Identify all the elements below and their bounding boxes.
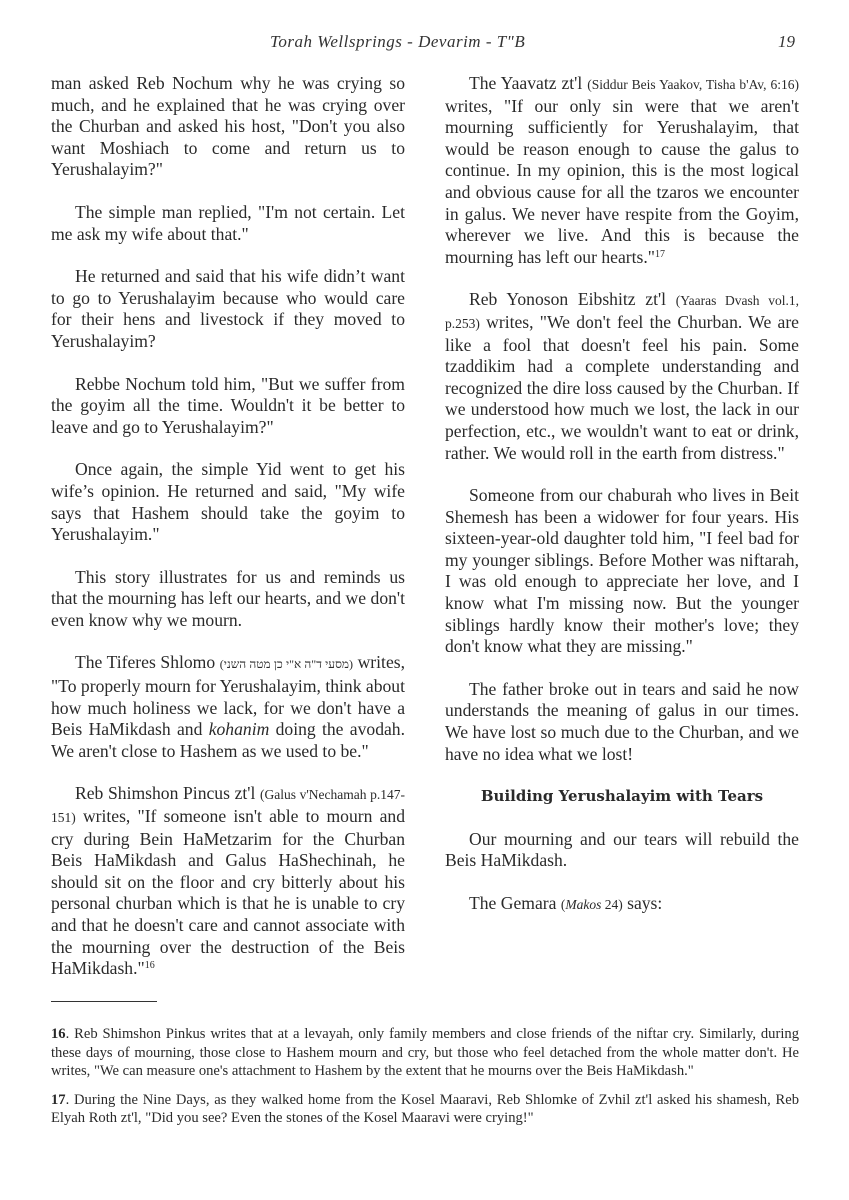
running-header-title: Torah Wellsprings - Devarim - T"B [270, 32, 525, 52]
paragraph-lead: The Yaavatz zt'l [469, 73, 587, 93]
paragraph-body: says: [623, 893, 663, 913]
paragraph: The father broke out in tears and said h… [445, 679, 799, 765]
paragraph: man asked Reb Nochum why he was crying s… [51, 73, 405, 181]
paragraph-body: writes, "If our only sin were that we ar… [445, 96, 799, 267]
paragraph-lead: Reb Shimshon Pincus zt'l [75, 783, 260, 803]
page-number: 19 [778, 32, 795, 52]
paragraph-lead: Reb Yonoson Eibshitz zt'l [469, 289, 676, 309]
footnote-17: 17. During the Nine Days, as they walked… [51, 1091, 799, 1128]
paragraph: The simple man replied, "I'm not certain… [51, 202, 405, 245]
paragraph-body: writes, "If someone isn't able to mourn … [51, 806, 405, 978]
section-heading: Building Yerushalayim with Tears [445, 786, 799, 808]
source-citation-tractate: Makos [565, 897, 601, 912]
paragraph-yonoson-eibshitz: Reb Yonoson Eibshitz zt'l (Yaaras Dvash … [445, 289, 799, 464]
footnote-number: 17 [51, 1092, 66, 1108]
footnote-number: 16 [51, 1026, 66, 1042]
paragraph: Our mourning and our tears will rebuild … [445, 829, 799, 872]
footnote-text: . Reb Shimshon Pinkus writes that at a l… [51, 1026, 799, 1079]
footnotes: 16. Reb Shimshon Pinkus writes that at a… [51, 1025, 799, 1138]
paragraph-lead: The Tiferes Shlomo [75, 652, 220, 672]
paragraph-lead: The Gemara [469, 893, 561, 913]
paragraph-body: writes, "We don't feel the Churban. We a… [445, 312, 799, 463]
running-header: Torah Wellsprings - Devarim - T"B 19 [0, 32, 849, 56]
left-column: man asked Reb Nochum why he was crying s… [51, 73, 405, 1001]
paragraph: Rebbe Nochum told him, "But we suffer fr… [51, 374, 405, 439]
paragraph-tiferes-shlomo: The Tiferes Shlomo (מסעי ד"ה א"י כן מטה … [51, 652, 405, 762]
right-column: The Yaavatz zt'l (Siddur Beis Yaakov, Ti… [445, 73, 799, 937]
paragraph: Once again, the simple Yid went to get h… [51, 459, 405, 545]
footnote-ref-17[interactable]: 17 [655, 249, 665, 260]
source-citation: (Siddur Beis Yaakov, Tisha b'Av, 6:16) [587, 77, 799, 92]
paragraph-yaavatz: The Yaavatz zt'l (Siddur Beis Yaakov, Ti… [445, 73, 799, 268]
paragraph: He returned and said that his wife didn’… [51, 266, 405, 352]
italic-term: kohanim [209, 719, 270, 739]
hebrew-citation: (מסעי ד"ה א"י כן מטה השני) [220, 657, 353, 671]
paragraph: Someone from our chaburah who lives in B… [445, 485, 799, 658]
paragraph-gemara: The Gemara (Makos 24) says: [445, 893, 799, 916]
footnote-text: . During the Nine Days, as they walked h… [51, 1092, 799, 1127]
footnote-16: 16. Reb Shimshon Pinkus writes that at a… [51, 1025, 799, 1081]
source-citation-rest: 24) [601, 897, 622, 912]
footnote-ref-16[interactable]: 16 [145, 960, 155, 971]
footnote-separator [51, 1001, 157, 1002]
paragraph: This story illustrates for us and remind… [51, 567, 405, 632]
paragraph-shimshon-pincus: Reb Shimshon Pincus zt'l (Galus v'Necham… [51, 783, 405, 979]
